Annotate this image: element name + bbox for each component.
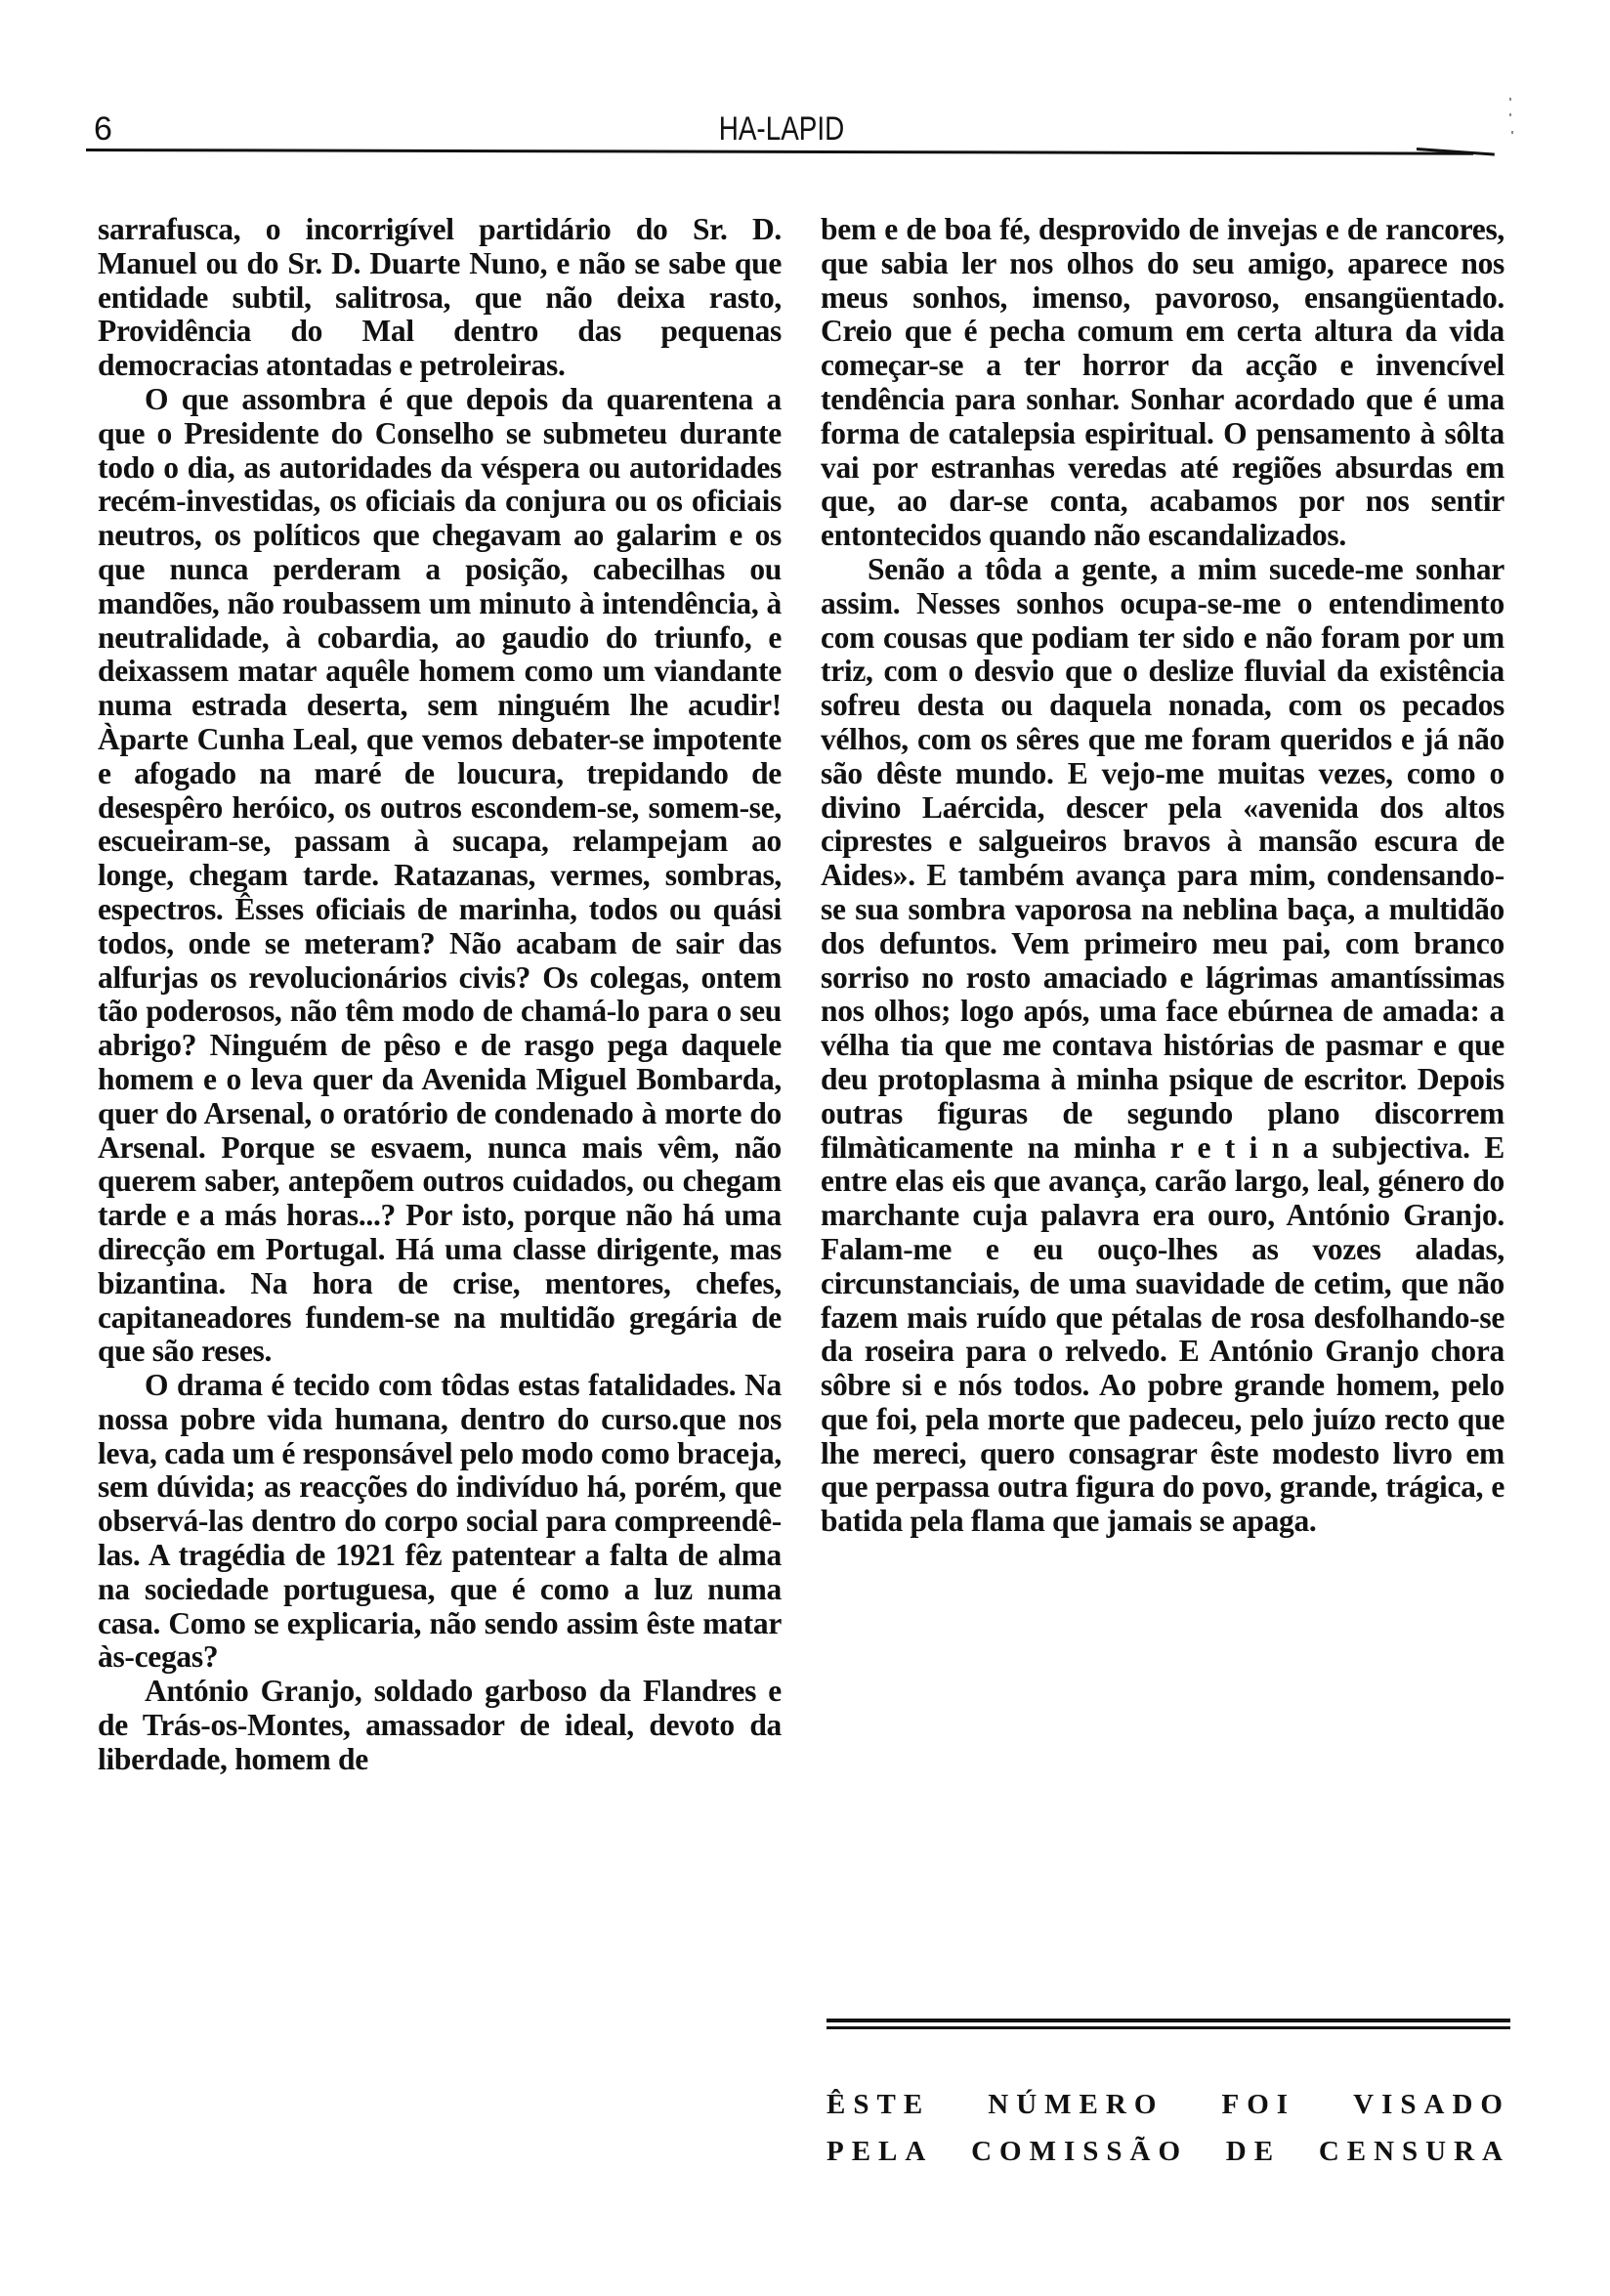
notice-word: COMISSÃO: [971, 2128, 1188, 2175]
censorship-notice-line-2: PELA COMISSÃO DE CENSURA: [826, 2128, 1510, 2175]
divider-line-top: [826, 2019, 1510, 2022]
notice-word: ÊSTE: [826, 2081, 930, 2128]
page-number: 6: [94, 109, 112, 149]
scan-speck: [1509, 113, 1511, 116]
paragraph: sarrafusca, o incorrigível partidário do…: [98, 213, 782, 383]
scan-speck: [1511, 131, 1513, 134]
notice-word: PELA: [826, 2128, 933, 2175]
paragraph: António Granjo, soldado garboso da Fland…: [98, 1675, 782, 1776]
notice-word: NÚMERO: [988, 2081, 1164, 2128]
scan-speck: [1509, 98, 1511, 101]
notice-word: CENSURA: [1319, 2128, 1510, 2175]
divider-line-bottom: [826, 2026, 1510, 2029]
running-head: 6 HA-LAPID: [88, 109, 1475, 154]
paragraph: O que assombra é que depois da quarenten…: [98, 383, 782, 1369]
right-column: bem e de boa fé, desprovido de invejas e…: [821, 213, 1504, 1539]
paragraph: O drama é tecido com tôdas estas fatalid…: [98, 1369, 782, 1675]
censorship-notice: ÊSTE NÚMERO FOI VISADO PELA COMISSÃO DE …: [826, 2081, 1510, 2175]
paragraph: bem e de boa fé, desprovido de invejas e…: [821, 213, 1504, 553]
paragraph: Senão a tôda a gente, a mim sucede-me so…: [821, 553, 1504, 1539]
section-divider-double-rule: [826, 2019, 1510, 2030]
notice-word: FOI: [1222, 2081, 1296, 2128]
notice-word: DE: [1226, 2128, 1281, 2175]
left-column: sarrafusca, o incorrigível partidário do…: [98, 213, 782, 1777]
notice-word: VISADO: [1353, 2081, 1510, 2128]
journal-title: HA-LAPID: [213, 109, 1350, 149]
censorship-notice-line-1: ÊSTE NÚMERO FOI VISADO: [826, 2081, 1510, 2128]
document-page: 6 HA-LAPID sarrafusca, o incorrigível pa…: [0, 0, 1610, 2296]
